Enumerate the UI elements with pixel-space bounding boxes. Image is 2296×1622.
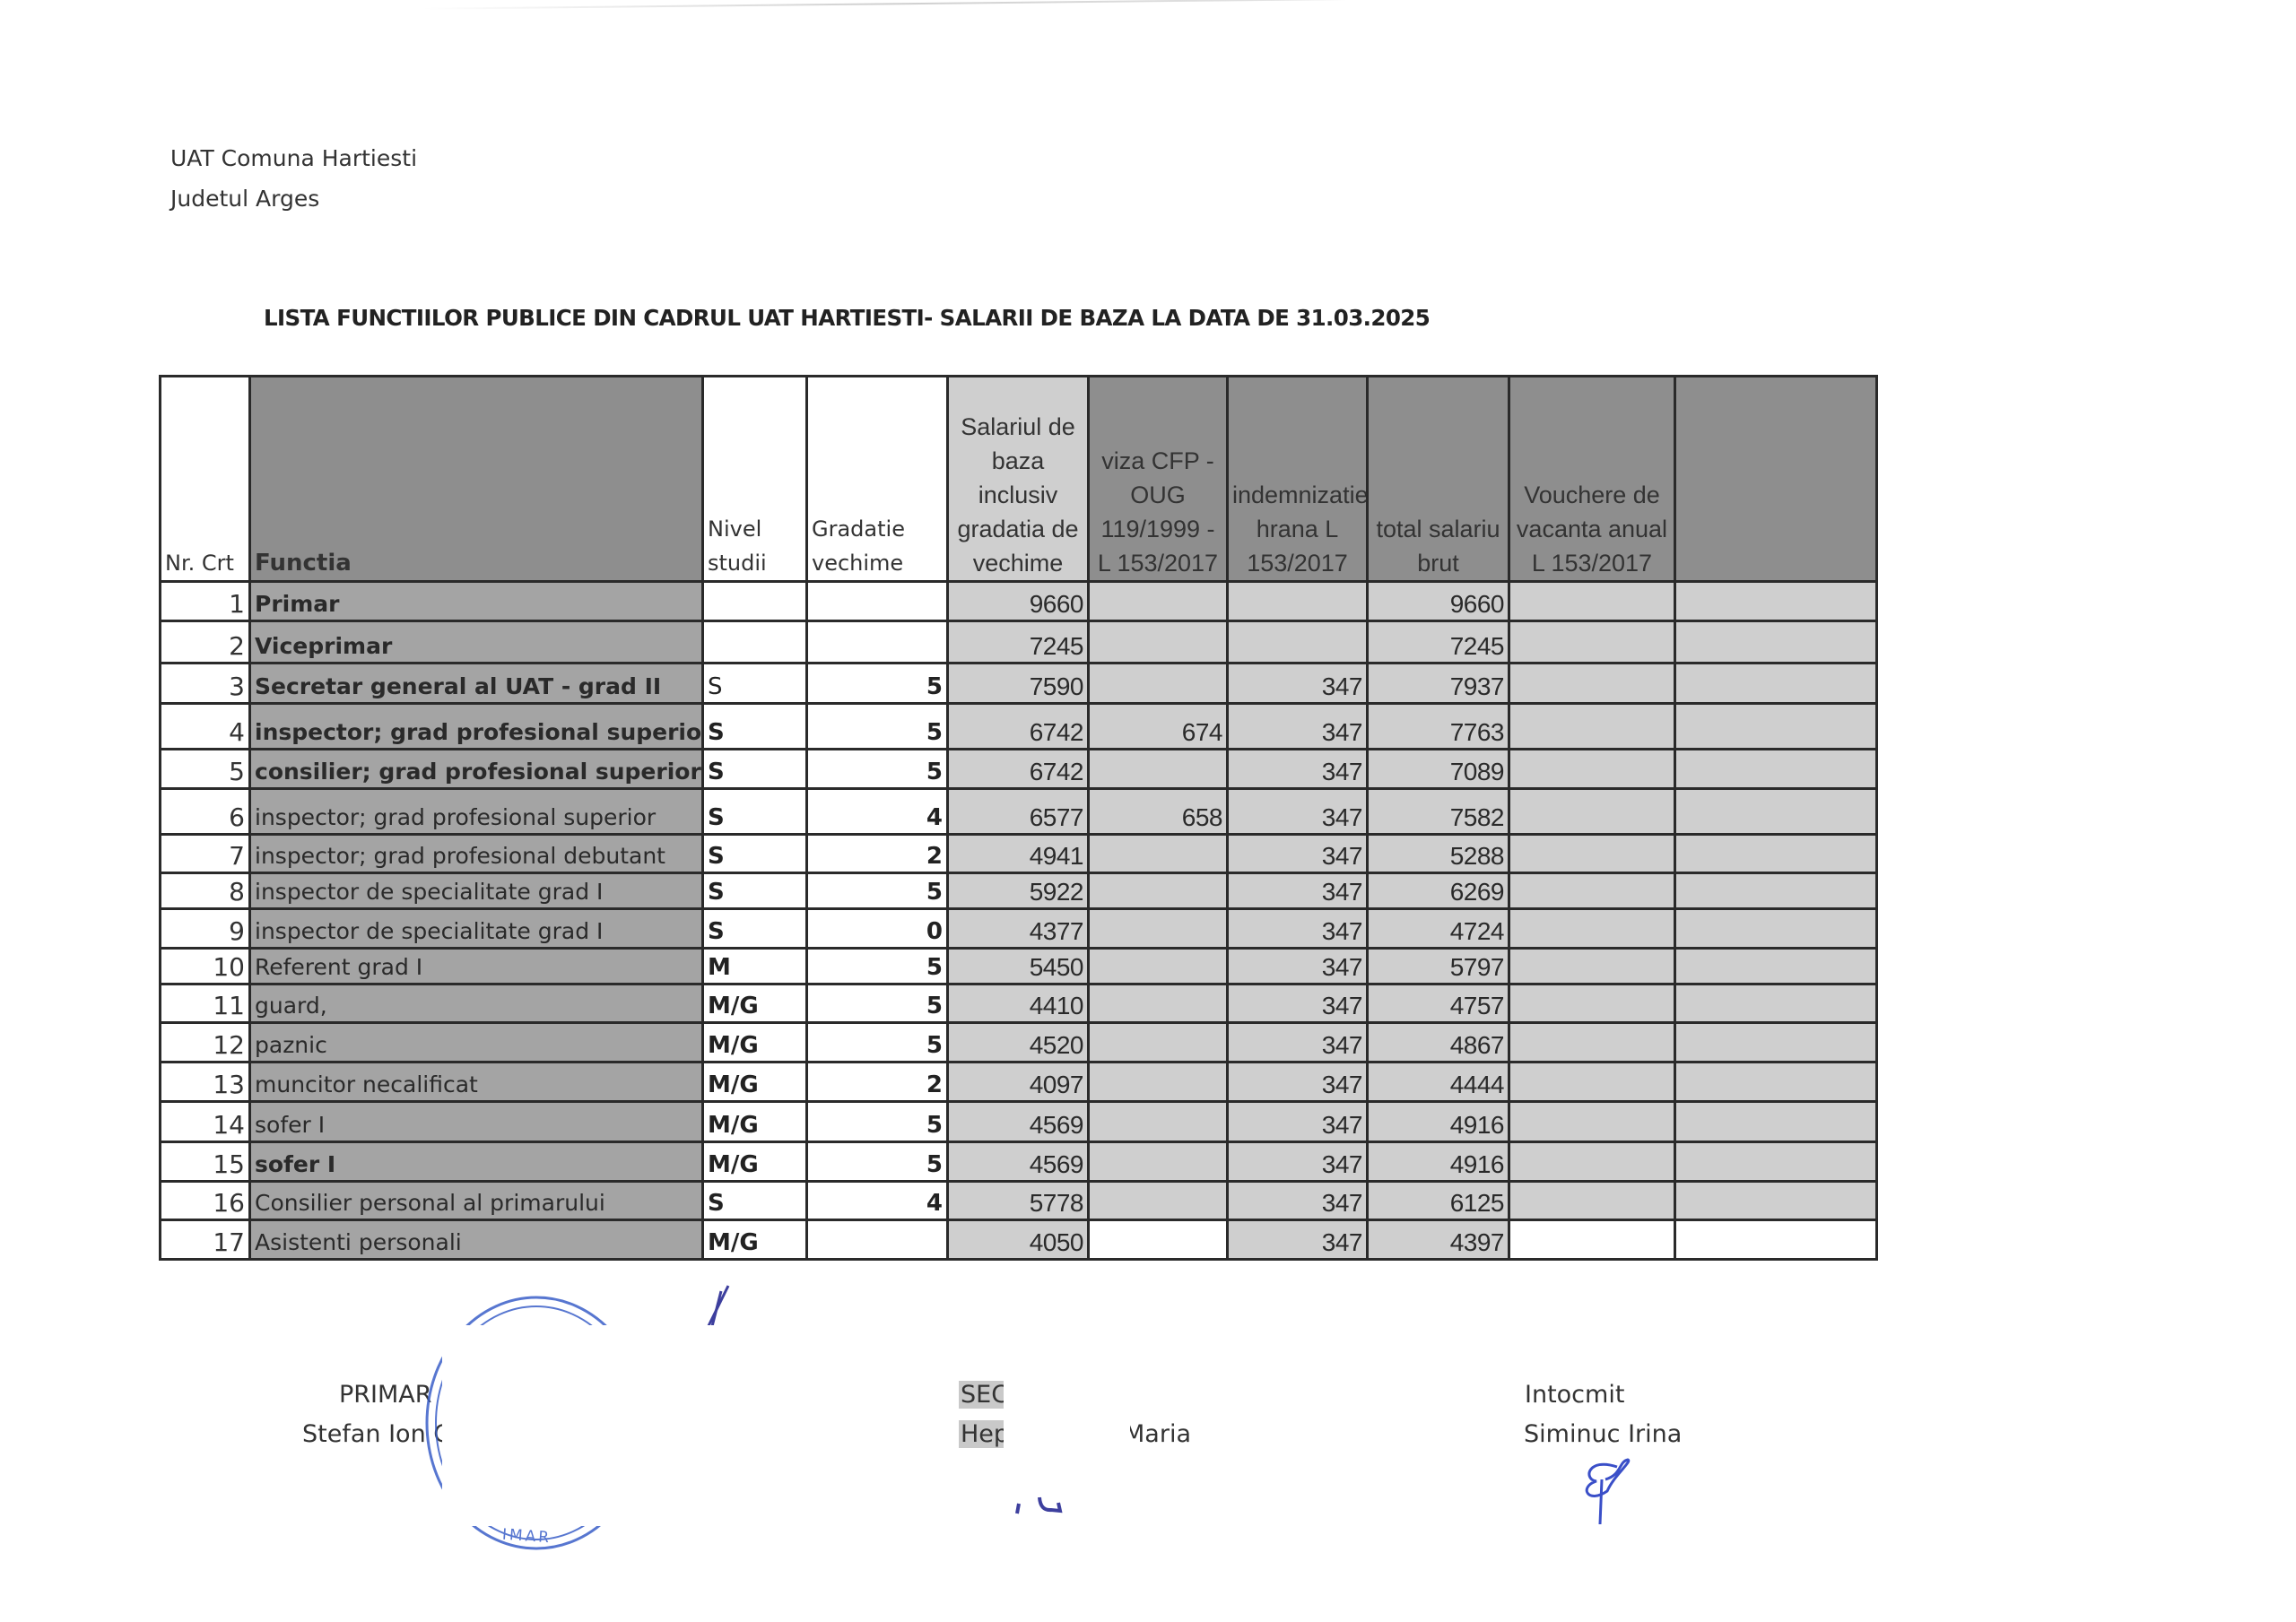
cell-extra: [1675, 1023, 1877, 1063]
cell-vouchere: [1509, 1182, 1675, 1220]
cell-salariu-baza: 6577: [948, 789, 1089, 835]
intocmit-name: Siminuc Irina: [1524, 1420, 1682, 1448]
cell-functia: Primar: [250, 582, 703, 621]
cell-nr: 11: [161, 984, 250, 1023]
cell-viza-cfp: [1089, 582, 1228, 621]
cell-gradatie: 5: [807, 873, 948, 909]
cell-indemnizatie-hrana: 347: [1228, 984, 1368, 1023]
cell-vouchere: [1509, 704, 1675, 750]
cell-viza-cfp: [1089, 909, 1228, 949]
cell-nivel: [703, 582, 807, 621]
table-row: 9 inspector de specialitate grad IS04377…: [161, 909, 1877, 949]
cell-gradatie: 5: [807, 1102, 948, 1142]
secretar-name-end: Maria: [1124, 1420, 1191, 1448]
cell-nivel: S: [703, 835, 807, 873]
cell-functia: sofer I: [250, 1142, 703, 1182]
cell-salariu-baza: 4410: [948, 984, 1089, 1023]
cell-gradatie: [807, 582, 948, 621]
cell-nr: 2: [161, 621, 250, 664]
cell-nr: 13: [161, 1063, 250, 1102]
cell-total-brut: 7245: [1368, 621, 1509, 664]
cell-nr: 14: [161, 1102, 250, 1142]
cell-extra: [1675, 1142, 1877, 1182]
cell-extra: [1675, 750, 1877, 789]
cell-gradatie: 5: [807, 984, 948, 1023]
cell-total-brut: 4397: [1368, 1220, 1509, 1260]
cell-functia: inspector; grad profesional superior: [250, 704, 703, 750]
cell-functia: sofer I: [250, 1102, 703, 1142]
cell-indemnizatie-hrana: 347: [1228, 1182, 1368, 1220]
cell-nr: 10: [161, 949, 250, 984]
cell-functia: Viceprimar: [250, 621, 703, 664]
cell-viza-cfp: [1089, 1182, 1228, 1220]
cell-viza-cfp: [1089, 750, 1228, 789]
cell-total-brut: 6269: [1368, 873, 1509, 909]
cell-viza-cfp: [1089, 984, 1228, 1023]
cell-nr: 7: [161, 835, 250, 873]
table-row: 1Primar96609660: [161, 582, 1877, 621]
cell-salariu-baza: 7590: [948, 664, 1089, 704]
county-name: Judetul Arges: [170, 186, 319, 212]
cell-vouchere: [1509, 582, 1675, 621]
cell-salariu-baza: 4097: [948, 1063, 1089, 1102]
cell-functia: Consilier personal al primarului: [250, 1182, 703, 1220]
col-header-gradatie: Gradatie vechime: [807, 377, 948, 582]
cell-nivel: S: [703, 1182, 807, 1220]
cell-gradatie: [807, 1220, 948, 1260]
table-row: 17Asistenti personaliM/G40503474397: [161, 1220, 1877, 1260]
table-header-row: Nr. Crt Functia Nivel studii Gradatie ve…: [161, 377, 1877, 582]
cell-nr: 1: [161, 582, 250, 621]
redaction-box-secretar-edge: [1121, 1325, 1130, 1451]
table-row: 8 inspector de specialitate grad IS55922…: [161, 873, 1877, 909]
cell-total-brut: 7763: [1368, 704, 1509, 750]
cell-nivel: M/G: [703, 1142, 807, 1182]
cell-nr: 9: [161, 909, 250, 949]
cell-indemnizatie-hrana: 347: [1228, 750, 1368, 789]
cell-viza-cfp: [1089, 873, 1228, 909]
cell-indemnizatie-hrana: 347: [1228, 1102, 1368, 1142]
cell-total-brut: 9660: [1368, 582, 1509, 621]
col-header-total-brut: total salariu brut: [1368, 377, 1509, 582]
cell-nr: 8: [161, 873, 250, 909]
cell-extra: [1675, 1102, 1877, 1142]
cell-total-brut: 5797: [1368, 949, 1509, 984]
cell-functia: muncitor necalificat: [250, 1063, 703, 1102]
cell-indemnizatie-hrana: 347: [1228, 704, 1368, 750]
cell-viza-cfp: 658: [1089, 789, 1228, 835]
cell-salariu-baza: 4520: [948, 1023, 1089, 1063]
cell-nivel: [703, 621, 807, 664]
primar-name: Stefan Ion C: [302, 1420, 450, 1448]
cell-functia: Referent grad I: [250, 949, 703, 984]
table-row: 15sofer IM/G545693474916: [161, 1142, 1877, 1182]
cell-salariu-baza: 6742: [948, 750, 1089, 789]
cell-indemnizatie-hrana: 347: [1228, 1023, 1368, 1063]
cell-functia: Secretar general al UAT - grad II: [250, 664, 703, 704]
cell-vouchere: [1509, 621, 1675, 664]
signature-stroke-secretar-icon: [1017, 1497, 1060, 1514]
cell-indemnizatie-hrana: 347: [1228, 1063, 1368, 1102]
signature-intocmit-icon: [1587, 1460, 1629, 1524]
cell-vouchere: [1509, 1142, 1675, 1182]
cell-indemnizatie-hrana: 347: [1228, 873, 1368, 909]
table-row: 13muncitor necalificatM/G240973474444: [161, 1063, 1877, 1102]
cell-gradatie: 0: [807, 909, 948, 949]
cell-total-brut: 7937: [1368, 664, 1509, 704]
cell-extra: [1675, 621, 1877, 664]
cell-indemnizatie-hrana: [1228, 582, 1368, 621]
table-row: 3Secretar general al UAT - grad IIS57590…: [161, 664, 1877, 704]
col-header-extra: [1675, 377, 1877, 582]
cell-nivel: M/G: [703, 984, 807, 1023]
cell-nivel: M/G: [703, 1102, 807, 1142]
cell-salariu-baza: 4377: [948, 909, 1089, 949]
org-name: UAT Comuna Hartiesti: [170, 145, 417, 171]
cell-nr: 17: [161, 1220, 250, 1260]
cell-nr: 4: [161, 704, 250, 750]
salary-table: Nr. Crt Functia Nivel studii Gradatie ve…: [159, 375, 1878, 1261]
cell-total-brut: 4724: [1368, 909, 1509, 949]
secretar-name-start: Hep: [959, 1420, 1004, 1448]
cell-nr: 12: [161, 1023, 250, 1063]
cell-viza-cfp: [1089, 949, 1228, 984]
cell-functia: guard,: [250, 984, 703, 1023]
cell-salariu-baza: 4569: [948, 1102, 1089, 1142]
cell-vouchere: [1509, 1220, 1675, 1260]
cell-nivel: M/G: [703, 1063, 807, 1102]
cell-nivel: M/G: [703, 1220, 807, 1260]
cell-extra: [1675, 835, 1877, 873]
cell-nivel: S: [703, 873, 807, 909]
cell-nr: 6: [161, 789, 250, 835]
cell-gradatie: 5: [807, 704, 948, 750]
cell-salariu-baza: 9660: [948, 582, 1089, 621]
cell-vouchere: [1509, 949, 1675, 984]
cell-extra: [1675, 984, 1877, 1023]
cell-extra: [1675, 664, 1877, 704]
cell-nr: 15: [161, 1142, 250, 1182]
cell-gradatie: 4: [807, 1182, 948, 1220]
table-row: 10Referent grad IM554503475797: [161, 949, 1877, 984]
redaction-box-primar: [442, 1325, 938, 1526]
cell-nivel: S: [703, 789, 807, 835]
cell-nr: 3: [161, 664, 250, 704]
document-title: LISTA FUNCTIILOR PUBLICE DIN CADRUL UAT …: [264, 305, 1430, 331]
cell-nr: 5: [161, 750, 250, 789]
cell-vouchere: [1509, 873, 1675, 909]
cell-indemnizatie-hrana: 347: [1228, 835, 1368, 873]
cell-salariu-baza: 4941: [948, 835, 1089, 873]
cell-nivel: S: [703, 750, 807, 789]
cell-gradatie: 5: [807, 664, 948, 704]
cell-gradatie: 5: [807, 1142, 948, 1182]
cell-indemnizatie-hrana: 347: [1228, 664, 1368, 704]
cell-vouchere: [1509, 1023, 1675, 1063]
cell-viza-cfp: [1089, 1142, 1228, 1182]
col-header-functia: Functia: [250, 377, 703, 582]
table-row: 2Viceprimar72457245: [161, 621, 1877, 664]
cell-salariu-baza: 5922: [948, 873, 1089, 909]
primar-title: PRIMAR: [339, 1381, 432, 1409]
svg-text:IMAR: IMAR: [501, 1526, 552, 1548]
cell-salariu-baza: 6742: [948, 704, 1089, 750]
cell-salariu-baza: 4569: [948, 1142, 1089, 1182]
cell-extra: [1675, 873, 1877, 909]
cell-total-brut: 4916: [1368, 1102, 1509, 1142]
cell-total-brut: 6125: [1368, 1182, 1509, 1220]
cell-gradatie: [807, 621, 948, 664]
cell-vouchere: [1509, 909, 1675, 949]
cell-vouchere: [1509, 789, 1675, 835]
cell-indemnizatie-hrana: 347: [1228, 789, 1368, 835]
cell-gradatie: 5: [807, 949, 948, 984]
table-row: 12paznicM/G545203474867: [161, 1023, 1877, 1063]
scan-edge-line: [422, 0, 1587, 10]
col-header-indemnizatie-hrana: indemnizatie hrana L 153/2017: [1228, 377, 1368, 582]
cell-viza-cfp: [1089, 1102, 1228, 1142]
cell-viza-cfp: [1089, 1220, 1228, 1260]
table-row: 11guard,M/G544103474757: [161, 984, 1877, 1023]
cell-salariu-baza: 5450: [948, 949, 1089, 984]
cell-viza-cfp: [1089, 1063, 1228, 1102]
cell-functia: inspector; grad profesional superior: [250, 789, 703, 835]
cell-indemnizatie-hrana: 347: [1228, 1142, 1368, 1182]
cell-functia: inspector; grad profesional debutant: [250, 835, 703, 873]
cell-extra: [1675, 1220, 1877, 1260]
cell-nivel: M: [703, 949, 807, 984]
cell-extra: [1675, 582, 1877, 621]
cell-functia: paznic: [250, 1023, 703, 1063]
cell-nivel: S: [703, 704, 807, 750]
cell-total-brut: 4444: [1368, 1063, 1509, 1102]
cell-functia: inspector de specialitate grad I: [250, 909, 703, 949]
cell-gradatie: 2: [807, 835, 948, 873]
cell-total-brut: 5288: [1368, 835, 1509, 873]
cell-salariu-baza: 5778: [948, 1182, 1089, 1220]
cell-vouchere: [1509, 1063, 1675, 1102]
cell-vouchere: [1509, 984, 1675, 1023]
cell-indemnizatie-hrana: 347: [1228, 1220, 1368, 1260]
redaction-box-secretar: [1004, 1325, 1121, 1451]
table-row: 16Consilier personal al primaruluiS45778…: [161, 1182, 1877, 1220]
cell-extra: [1675, 1182, 1877, 1220]
table-row: 5consilier; grad profesional superiorS56…: [161, 750, 1877, 789]
cell-viza-cfp: [1089, 1023, 1228, 1063]
cell-vouchere: [1509, 750, 1675, 789]
cell-viza-cfp: [1089, 621, 1228, 664]
table-row: 4inspector; grad profesional superiorS56…: [161, 704, 1877, 750]
intocmit-title: Intocmit: [1525, 1381, 1624, 1409]
cell-total-brut: 7582: [1368, 789, 1509, 835]
secretar-title: SEC: [959, 1381, 1004, 1409]
cell-extra: [1675, 704, 1877, 750]
table-row: 14sofer IM/G545693474916: [161, 1102, 1877, 1142]
cell-viza-cfp: 674: [1089, 704, 1228, 750]
cell-vouchere: [1509, 1102, 1675, 1142]
cell-extra: [1675, 909, 1877, 949]
cell-vouchere: [1509, 835, 1675, 873]
cell-vouchere: [1509, 664, 1675, 704]
table-row: 6inspector; grad profesional superiorS46…: [161, 789, 1877, 835]
cell-indemnizatie-hrana: 347: [1228, 949, 1368, 984]
col-header-nivel: Nivel studii: [703, 377, 807, 582]
cell-total-brut: 4757: [1368, 984, 1509, 1023]
cell-nivel: M/G: [703, 1023, 807, 1063]
cell-total-brut: 4867: [1368, 1023, 1509, 1063]
cell-gradatie: 5: [807, 1023, 948, 1063]
cell-viza-cfp: [1089, 835, 1228, 873]
cell-viza-cfp: [1089, 664, 1228, 704]
cell-indemnizatie-hrana: 347: [1228, 909, 1368, 949]
cell-gradatie: 4: [807, 789, 948, 835]
col-header-vouchere: Vouchere de vacanta anual L 153/2017: [1509, 377, 1675, 582]
col-header-nr: Nr. Crt: [161, 377, 250, 582]
cell-total-brut: 7089: [1368, 750, 1509, 789]
table-row: 7inspector; grad profesional debutantS24…: [161, 835, 1877, 873]
cell-extra: [1675, 1063, 1877, 1102]
col-header-salariu-baza: Salariul de baza inclusiv gradatia de ve…: [948, 377, 1089, 582]
cell-salariu-baza: 4050: [948, 1220, 1089, 1260]
cell-functia: consilier; grad profesional superior: [250, 750, 703, 789]
cell-nivel: S: [703, 909, 807, 949]
cell-functia: inspector de specialitate grad I: [250, 873, 703, 909]
cell-nivel: S: [703, 664, 807, 704]
cell-nr: 16: [161, 1182, 250, 1220]
cell-total-brut: 4916: [1368, 1142, 1509, 1182]
cell-extra: [1675, 789, 1877, 835]
cell-gradatie: 2: [807, 1063, 948, 1102]
cell-gradatie: 5: [807, 750, 948, 789]
col-header-viza-cfp: viza CFP - OUG 119/1999 - L 153/2017: [1089, 377, 1228, 582]
cell-indemnizatie-hrana: [1228, 621, 1368, 664]
cell-extra: [1675, 949, 1877, 984]
cell-salariu-baza: 7245: [948, 621, 1089, 664]
cell-functia: Asistenti personali: [250, 1220, 703, 1260]
